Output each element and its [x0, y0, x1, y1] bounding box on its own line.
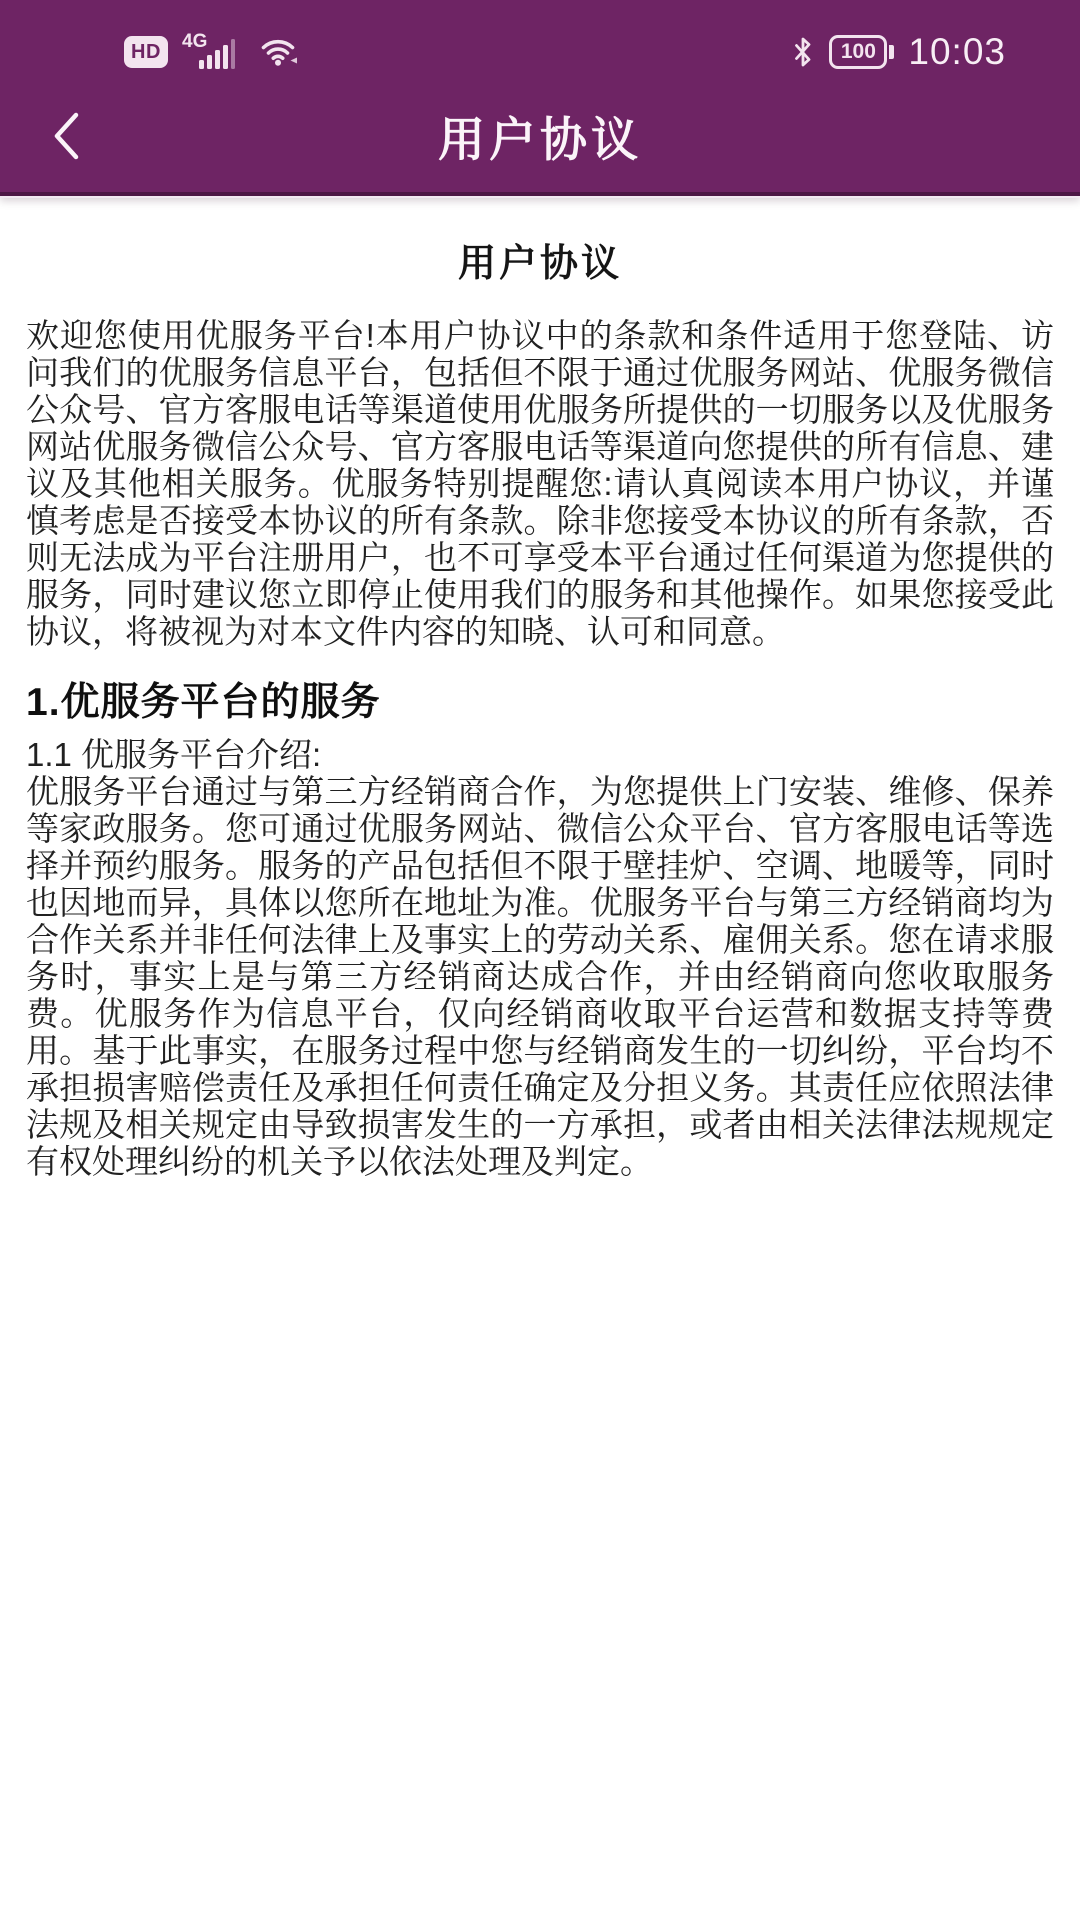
section-1-heading: 1.优服务平台的服务: [26, 680, 1054, 726]
section-1-subheading: 1.1 优服务平台介绍:: [26, 736, 1054, 773]
cellular-signal-icon: 4G: [182, 33, 246, 71]
section-1-body: 优服务平台通过与第三方经销商合作，为您提供上门安装、维修、保养等家政服务。您可通…: [26, 773, 1054, 1180]
battery-percent-label: 100: [829, 35, 887, 69]
app-bar: HD 4G: [0, 0, 1080, 196]
nav-bar: 用户协议: [0, 80, 1080, 192]
agreement-content[interactable]: 用户协议 欢迎您使用优服务平台!本用户协议中的条款和条件适用于您登陆、访问我们的…: [0, 196, 1080, 1920]
back-button[interactable]: [34, 100, 98, 172]
battery-nub: [889, 45, 894, 59]
screen: HD 4G: [0, 0, 1080, 1920]
bluetooth-icon: [791, 35, 815, 69]
status-bar: HD 4G: [0, 0, 1080, 80]
chevron-left-icon: [47, 108, 85, 164]
wifi-icon: [260, 35, 300, 69]
signal-bars-icon: [199, 39, 235, 69]
page-title: 用户协议: [438, 103, 642, 170]
battery-icon: 100: [829, 35, 894, 69]
status-clock: 10:03: [908, 31, 1006, 73]
hd-volte-icon: HD: [124, 36, 168, 68]
document-title: 用户协议: [26, 232, 1054, 287]
status-right-group: 100 10:03: [791, 31, 1006, 73]
intro-paragraph: 欢迎您使用优服务平台!本用户协议中的条款和条件适用于您登陆、访问我们的优服务信息…: [26, 317, 1054, 650]
status-left-group: HD 4G: [124, 33, 300, 71]
